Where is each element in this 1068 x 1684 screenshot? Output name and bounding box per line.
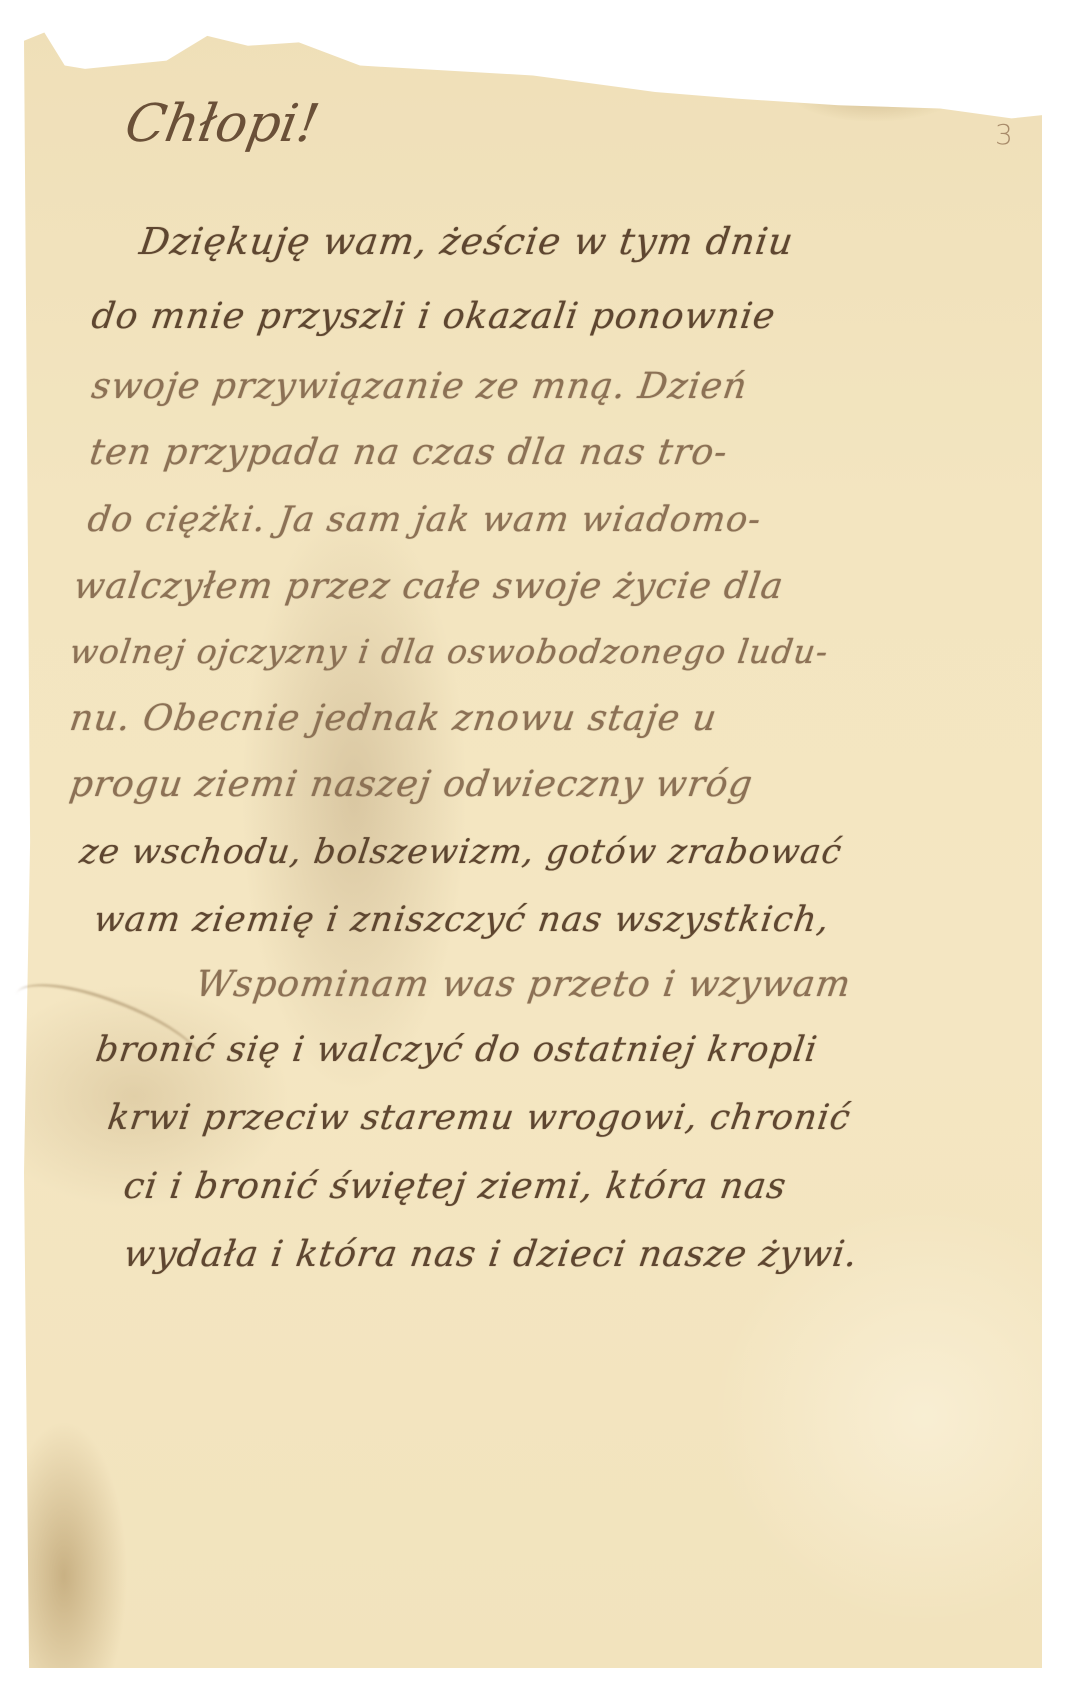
page-number: 3 [995,118,1013,151]
letter-line: Wspominam was przeto i wzywam [193,964,854,1005]
letter-line: do ciężki. Ja sam jak wam wiadomo- [85,500,764,540]
letter-line: krwi przeciw staremu wrogowi, chronić [105,1098,853,1138]
letter-line: do mnie przyszli i okazali ponownie [89,296,778,337]
letter-line: wydała i która nas i dzieci nasze żywi. [121,1234,860,1275]
letter-line: bronić się i walczyć do ostatniej kropli [93,1030,820,1070]
letter-line: ze wschodu, bolszewizm, gotów zrabować [77,832,844,872]
letter-line: wam ziemię i zniszczyć nas wszystkich, [91,900,832,940]
letter-line: ten przypada na czas dla nas tro- [87,432,730,473]
letter-line: swoje przywiązanie ze mną. Dzień [89,366,750,407]
letter-line: ci i bronić świętej ziemi, która nas [121,1166,789,1207]
letter-line: wolnej ojczyzny i dla oswobodzonego ludu… [67,632,831,671]
letter-line: progu ziemi naszej odwieczny wróg [67,764,755,805]
letter-line: walczyłem przez całe swoje życie dla [71,566,786,607]
letter-line: Dziękuję wam, żeście w tym dniu [137,220,796,263]
salutation: Chłopi! [121,94,324,154]
letter-line: nu. Obecnie jednak znowu staje u [67,698,720,739]
